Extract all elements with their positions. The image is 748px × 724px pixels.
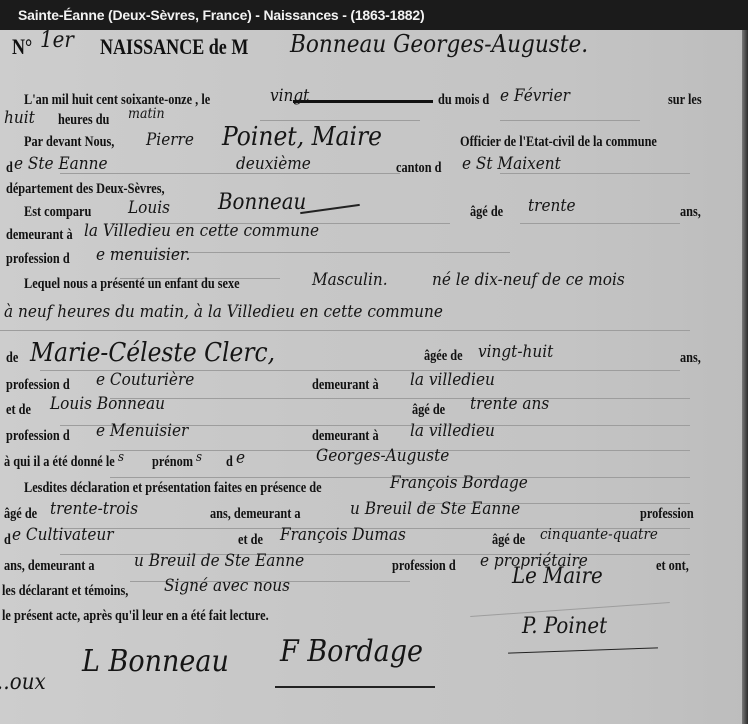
printed-text: heures du: [58, 112, 109, 129]
printed-text: d: [4, 532, 11, 549]
printed-text: L'an mil huit cent soixante-onze , le: [24, 92, 210, 109]
handwritten-second-father-profession: e Menuisier: [96, 421, 188, 441]
handwritten-month: e Février: [500, 86, 570, 106]
handwritten-witness2-age: cinquante-quatre: [540, 525, 658, 543]
printed-text: département des Deux-Sèvres,: [6, 181, 165, 198]
handwritten-father-residence: la Villedieu en cette commune: [84, 221, 319, 241]
printed-text: et ont,: [656, 558, 689, 575]
printed-text: le présent acte, après qu'il leur en a é…: [2, 608, 269, 625]
signature-witness: F Bordage: [280, 634, 423, 669]
printed-text: de: [6, 350, 18, 367]
handwritten-commune: e Ste Eanne: [14, 154, 108, 174]
printed-text: les déclarant et témoins,: [2, 583, 128, 600]
printed-text: Par devant Nous,: [24, 134, 114, 151]
printed-text: demeurant à: [6, 227, 73, 244]
signature-mayor-title: Le Maire: [512, 564, 603, 589]
handwritten-father-surname: Bonneau: [218, 190, 306, 215]
printed-text: d: [6, 160, 13, 177]
printed-text: ans, demeurant a: [210, 506, 301, 523]
printed-text: âgé de: [4, 506, 37, 523]
handwritten-second-father-residence: la villedieu: [410, 421, 495, 441]
handwritten-given-names: Georges-Auguste: [316, 446, 449, 466]
printed-text: profession d: [6, 377, 70, 394]
printed-text: sur les: [668, 92, 702, 109]
form-title: NAISSANCE de M: [100, 34, 248, 60]
printed-text: âgée de: [424, 348, 463, 365]
handwritten-time-of-day: matin: [128, 106, 165, 122]
form-rule: [500, 120, 640, 121]
handwritten-mother-residence: la villedieu: [410, 370, 495, 390]
printed-text: canton d: [396, 160, 441, 177]
record-number-label: N°: [12, 34, 32, 60]
printed-text: du mois d: [438, 92, 489, 109]
printed-text: Lesdites déclaration et présentation fai…: [24, 480, 322, 497]
form-rule: [0, 330, 690, 331]
form-rule: [60, 173, 400, 174]
title-underline: [293, 100, 433, 103]
form-rule: [260, 120, 420, 121]
signature-flourish: [275, 686, 435, 688]
handwritten-birth-time-place: à neuf heures du matin, à la Villedieu e…: [4, 302, 443, 322]
form-rule: [520, 223, 680, 224]
printed-text: à qui il a été donné le: [4, 454, 115, 471]
handwritten-second-father-name: Louis Bonneau: [50, 394, 165, 414]
handwritten-plural-mark: s: [118, 450, 124, 465]
signature-partial: …oux: [0, 670, 46, 695]
handwritten-father-profession: e menuisier.: [96, 245, 190, 265]
record-number: 1er: [40, 30, 74, 53]
printed-text: Officier de l'Etat-civil de la commune: [460, 134, 657, 151]
signature-flourish: [508, 647, 658, 653]
printed-text: profession: [640, 506, 694, 523]
handwritten-mother-name: Marie-Céleste Clerc,: [30, 338, 275, 368]
printed-text: ans,: [680, 350, 701, 367]
handwritten-witness2-residence: u Breuil de Ste Eanne: [134, 551, 304, 571]
printed-text: prénom: [152, 454, 193, 471]
handwritten-officer-firstname: Pierre: [146, 130, 194, 150]
handwritten-witness1-name: François Bordage: [390, 473, 528, 493]
printed-text: Lequel nous a présenté un enfant du sexe: [24, 276, 240, 293]
printed-text: ans, demeurant a: [4, 558, 95, 575]
handwritten-witness1-residence: u Breuil de Ste Eanne: [350, 499, 520, 519]
handwritten-birth-date: né le dix-neuf de ce mois: [432, 270, 625, 290]
printed-text: et de: [238, 532, 263, 549]
handwritten-officer-name: Poinet, Maire: [222, 122, 382, 152]
handwritten-day: vingt: [270, 86, 309, 106]
handwritten-mother-age: vingt-huit: [478, 342, 553, 362]
document-scan: N° 1er NAISSANCE de M Bonneau Georges-Au…: [0, 30, 748, 724]
handwritten-canton-rank: deuxième: [236, 154, 311, 174]
handwritten-father-age: trente: [528, 196, 576, 216]
handwritten-witness1-profession: e Cultivateur: [12, 525, 114, 545]
printed-text: profession d: [6, 251, 70, 268]
printed-text: profession d: [392, 558, 456, 575]
printed-text: ans,: [680, 204, 701, 221]
handwritten-sex: Masculin.: [312, 270, 388, 290]
handwritten-second-father-age: trente ans: [470, 394, 549, 414]
printed-text: âgé de: [492, 532, 525, 549]
handwritten-plural-mark: s: [196, 450, 202, 465]
scan-edge: [742, 30, 748, 724]
handwritten-text: e: [236, 448, 245, 468]
printed-text: demeurant à: [312, 428, 379, 445]
handwritten-hour: huit: [4, 108, 35, 128]
handwritten-mother-profession: e Couturière: [96, 370, 194, 390]
handwritten-canton: e St Maixent: [462, 154, 561, 174]
printed-text: âgé de: [470, 204, 503, 221]
handwritten-witness1-age: trente-trois: [50, 499, 138, 519]
handwritten-father-firstname: Louis: [128, 198, 170, 218]
printed-text: et de: [6, 402, 31, 419]
form-rule: [110, 398, 690, 399]
window-title-bar: Sainte-Éanne (Deux-Sèvres, France) - Nai…: [0, 0, 748, 30]
child-name: Bonneau Georges-Auguste.: [290, 30, 588, 58]
handwritten-signed-note: Signé avec nous: [164, 576, 290, 596]
strikethrough-mark: [300, 204, 360, 214]
printed-text: profession d: [6, 428, 70, 445]
printed-text: âgé de: [412, 402, 445, 419]
window-title: Sainte-Éanne (Deux-Sèvres, France) - Nai…: [18, 7, 424, 23]
signature-mayor: P. Poinet: [522, 614, 607, 639]
handwritten-witness2-name: François Dumas: [280, 525, 406, 545]
printed-text: Est comparu: [24, 204, 91, 221]
printed-text: d: [226, 454, 233, 471]
printed-text: demeurant à: [312, 377, 379, 394]
signature-father: L Bonneau: [82, 644, 229, 679]
